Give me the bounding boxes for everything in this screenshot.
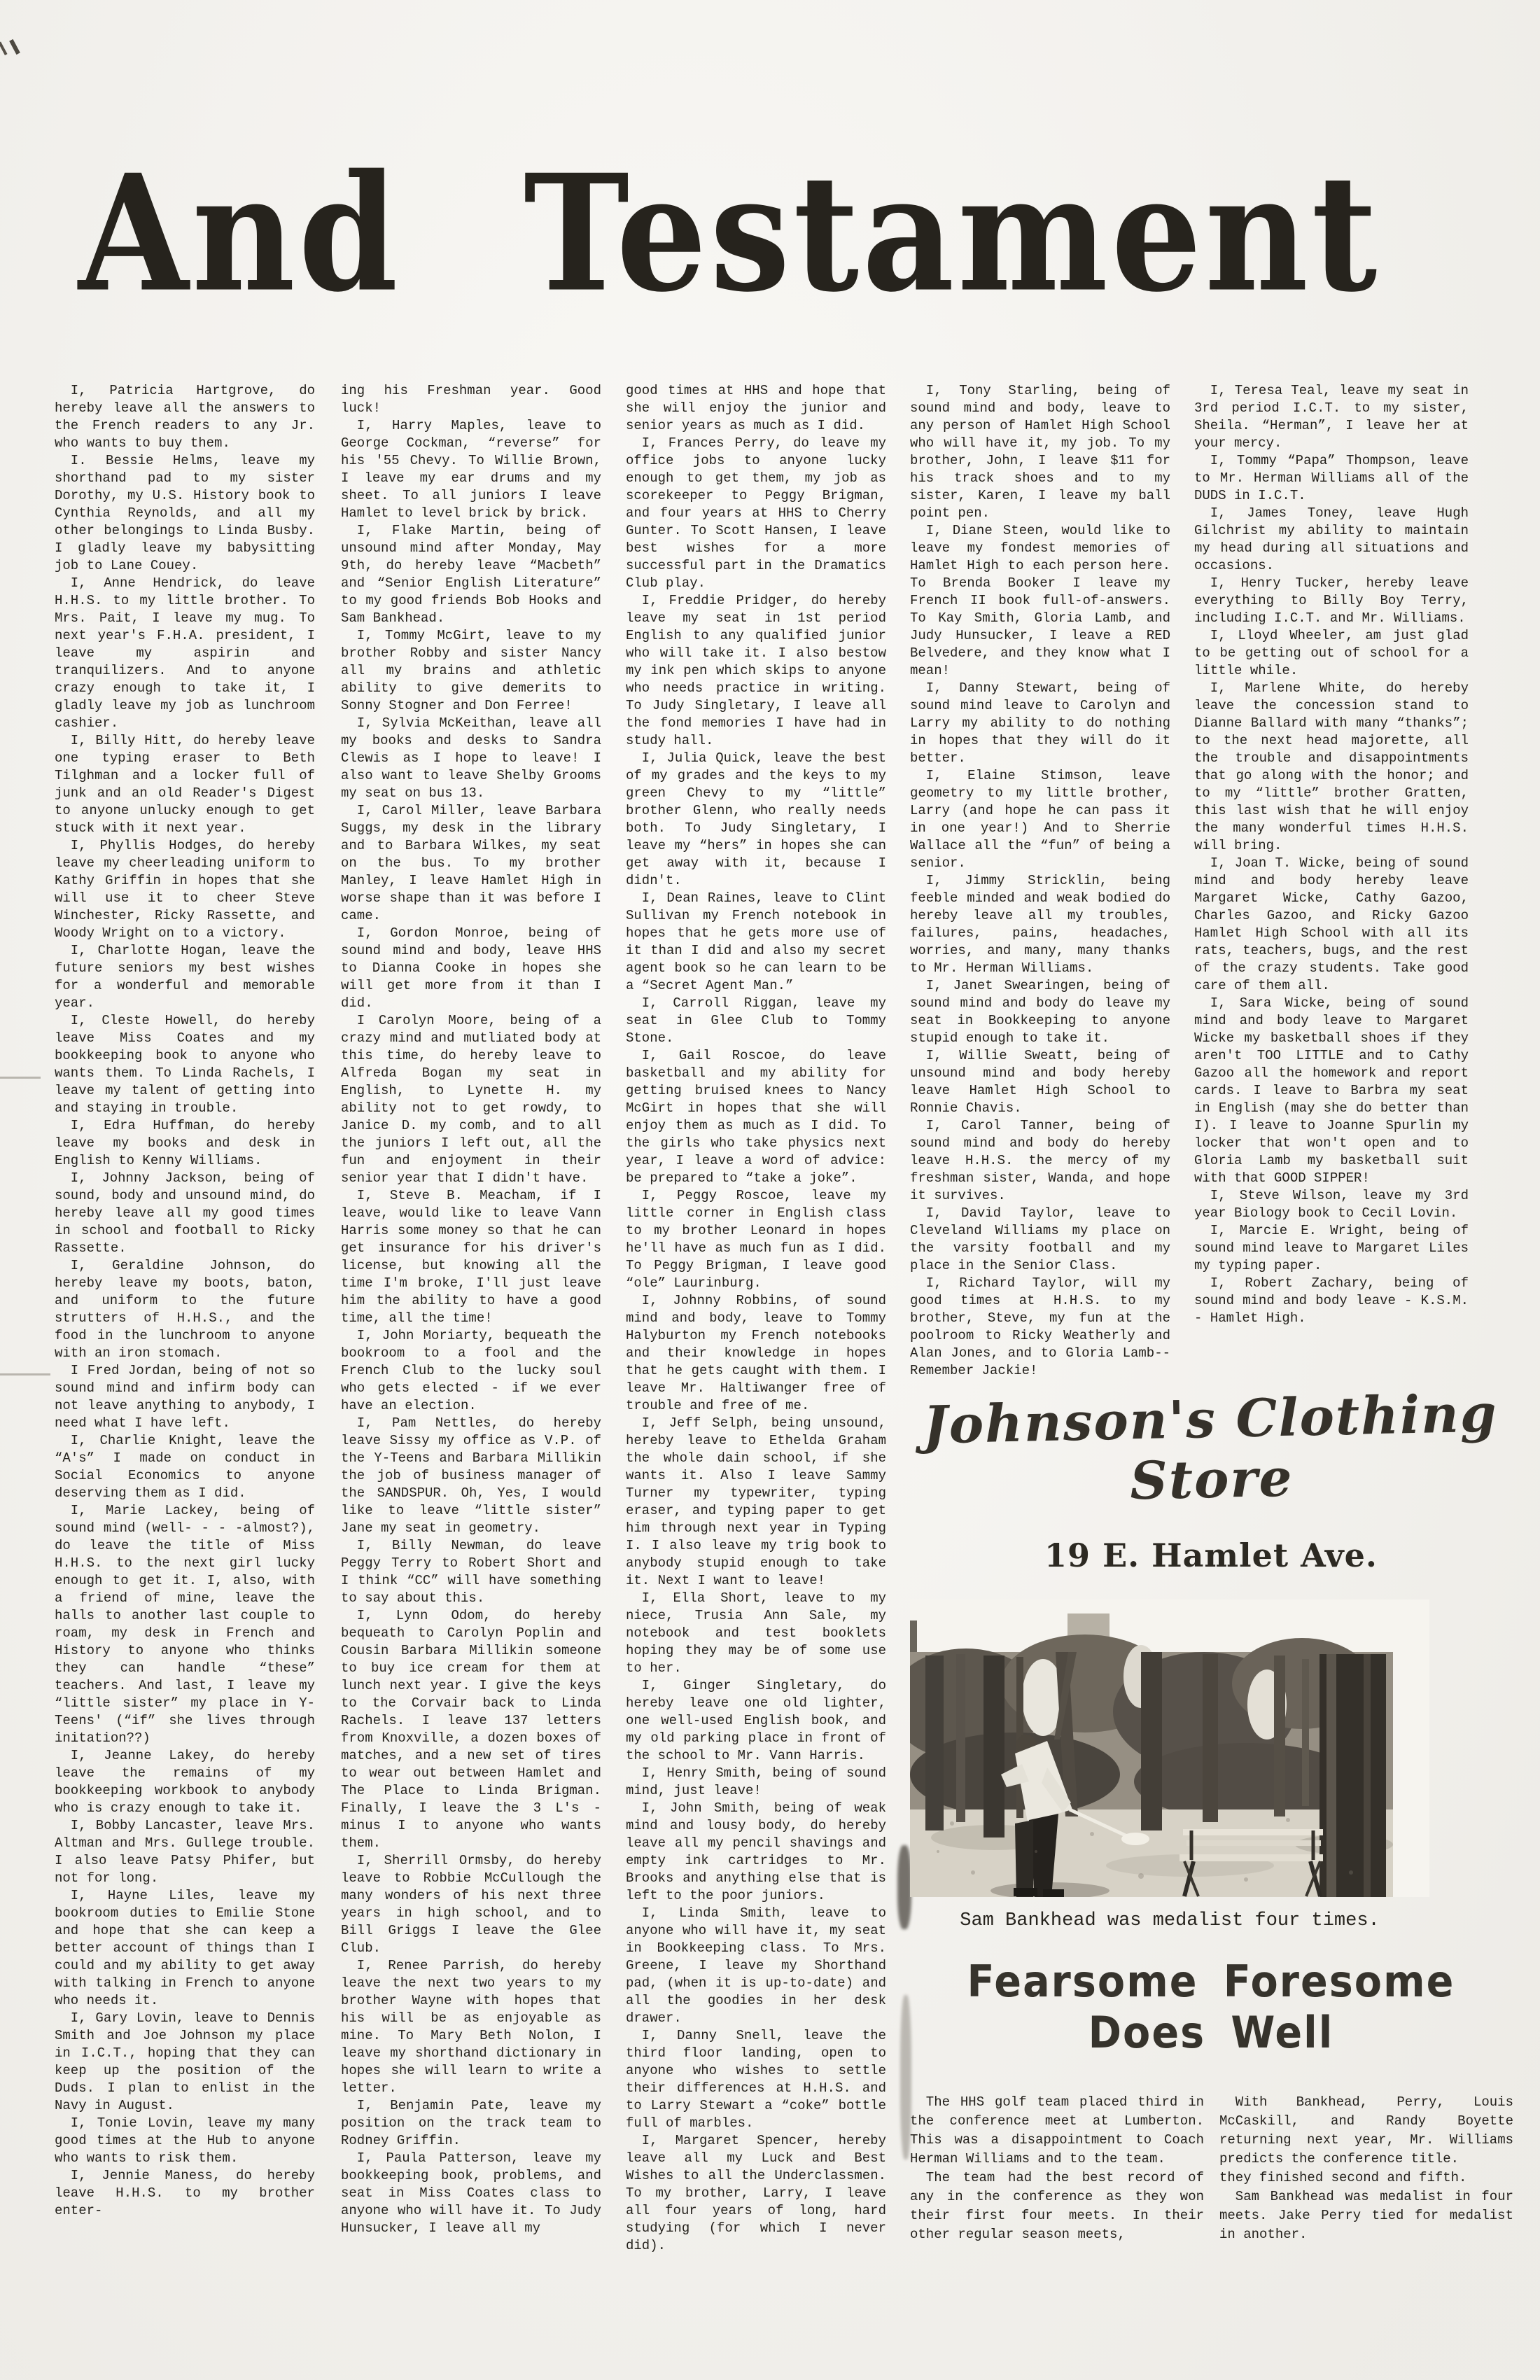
article-headline: Fearsome Foresome Does Well	[904, 1956, 1518, 2059]
will-paragraph: I, Hayne Liles, leave my bookroom duties…	[55, 1887, 315, 2010]
photo-image	[910, 1613, 1393, 1897]
will-paragraph: I, Sara Wicke, being of sound mind and b…	[1194, 995, 1469, 1187]
will-paragraph: I, Marlene White, do hereby leave the co…	[1194, 680, 1469, 855]
will-paragraph: I, Marie Lackey, being of sound mind (we…	[55, 1502, 315, 1747]
will-column-5: I, Teresa Teal, leave my seat in 3rd per…	[1194, 382, 1469, 1348]
will-paragraph: I, Pam Nettles, do hereby leave Sissy my…	[341, 1415, 601, 1537]
ad-store-address: 19 E. Hamlet Ave.	[910, 1536, 1512, 1574]
will-paragraph: I, Linda Smith, leave to anyone who will…	[626, 1905, 886, 2027]
will-paragraph: I, Charlotte Hogan, leave the future sen…	[55, 942, 315, 1012]
will-paragraph: I, Flake Martin, being of unsound mind a…	[341, 522, 601, 627]
will-paragraph: I, Renee Parrish, do hereby leave the ne…	[341, 1957, 601, 2097]
will-paragraph: I, David Taylor, leave to Cleveland Will…	[910, 1205, 1170, 1275]
will-column-2: ing his Freshman year. Good luck!I, Harr…	[341, 382, 601, 2335]
will-paragraph: I, Benjamin Pate, leave my position on t…	[341, 2097, 601, 2150]
will-paragraph: I, Steve Wilson, leave my 3rd year Biolo…	[1194, 1187, 1469, 1222]
will-paragraph: I, Teresa Teal, leave my seat in 3rd per…	[1194, 382, 1469, 452]
will-paragraph: I, Billy Newman, do leave Peggy Terry to…	[341, 1537, 601, 1607]
will-paragraph: I, Gail Roscoe, do leave basketball and …	[626, 1047, 886, 1187]
scan-artifact	[9, 39, 20, 55]
will-paragraph: ing his Freshman year. Good luck!	[341, 382, 601, 417]
will-paragraph: I, Tommy “Papa” Thompson, leave to Mr. H…	[1194, 452, 1469, 505]
will-paragraph: good times at HHS and hope that she will…	[626, 382, 886, 435]
will-paragraph: I, Danny Snell, leave the third floor la…	[626, 2027, 886, 2132]
will-paragraph: I, Richard Taylor, will my good times at…	[910, 1275, 1170, 1380]
article-paragraph: The team had the best record of any in t…	[910, 2169, 1204, 2244]
will-column-4: I, Tony Starling, being of sound mind an…	[910, 382, 1170, 1383]
will-column-3: good times at HHS and hope that she will…	[626, 382, 886, 2356]
article-paragraph: Sam Bankhead was medalist in four meets.…	[1219, 2187, 1513, 2244]
will-paragraph: I, Henry Smith, being of sound mind, jus…	[626, 1765, 886, 1800]
scan-scratch	[0, 1373, 50, 1375]
will-paragraph: I, Joan T. Wicke, being of sound mind an…	[1194, 855, 1469, 995]
will-paragraph: I. Bessie Helms, leave my shorthand pad …	[55, 452, 315, 575]
article-column-right: With Bankhead, Perry, Louis McCaskill, a…	[1219, 2093, 1513, 2244]
article-paragraph: With Bankhead, Perry, Louis McCaskill, a…	[1219, 2093, 1513, 2169]
newspaper-page: And Testament I, Patricia Hartgrove, do …	[0, 0, 1540, 2380]
will-paragraph: I, Tommy McGirt, leave to my brother Rob…	[341, 627, 601, 715]
will-paragraph: I, Tony Starling, being of sound mind an…	[910, 382, 1170, 522]
masthead-word-and: And	[78, 139, 401, 328]
will-paragraph: I, Paula Patterson, leave my bookkeeping…	[341, 2150, 601, 2237]
will-paragraph: I, John Smith, being of weak mind and lo…	[626, 1800, 886, 1905]
will-paragraph: I, Carol Tanner, being of sound mind and…	[910, 1117, 1170, 1205]
will-paragraph: I, Diane Steen, would like to leave my f…	[910, 522, 1170, 680]
will-paragraph: I, Frances Perry, do leave my office job…	[626, 435, 886, 592]
will-paragraph: I, Gordon Monroe, being of sound mind an…	[341, 925, 601, 1012]
will-column-1: I, Patricia Hartgrove, do hereby leave a…	[55, 382, 315, 2335]
will-paragraph: I, Bobby Lancaster, leave Mrs. Altman an…	[55, 1817, 315, 1887]
will-paragraph: I, Harry Maples, leave to George Cockman…	[341, 417, 601, 522]
scan-smudge	[897, 1845, 911, 1929]
will-paragraph: I, Dean Raines, leave to Clint Sullivan …	[626, 890, 886, 995]
will-paragraph: I, Cleste Howell, do hereby leave Miss C…	[55, 1012, 315, 1117]
will-paragraph: I, John Moriarty, bequeath the bookroom …	[341, 1327, 601, 1415]
will-paragraph: I, Jennie Maness, do hereby leave H.H.S.…	[55, 2167, 315, 2220]
will-paragraph: I, Carroll Riggan, leave my seat in Glee…	[626, 995, 886, 1047]
will-paragraph: I, Johnny Jackson, being of sound, body …	[55, 1170, 315, 1257]
will-paragraph: I, Julia Quick, leave the best of my gra…	[626, 750, 886, 890]
will-paragraph: I, Billy Hitt, do hereby leave one typin…	[55, 732, 315, 837]
article-paragraph: The HHS golf team placed third in the co…	[910, 2093, 1204, 2169]
ad-store-name: Johnson's Clothing Store	[909, 1383, 1513, 1516]
will-paragraph: I, Tonie Lovin, leave my many good times…	[55, 2115, 315, 2167]
will-paragraph: I, Patricia Hartgrove, do hereby leave a…	[55, 382, 315, 452]
will-paragraph: I, Lynn Odom, do hereby bequeath to Caro…	[341, 1607, 601, 1852]
masthead-word-testament: Testament	[524, 139, 1380, 328]
will-paragraph: I, Elaine Stimson, leave geometry to my …	[910, 767, 1170, 872]
will-paragraph: I, Marcie E. Wright, being of sound mind…	[1194, 1222, 1469, 1275]
will-paragraph: I Carolyn Moore, being of a crazy mind a…	[341, 1012, 601, 1187]
ad-johnsons-clothing-store: Johnson's Clothing Store 19 E. Hamlet Av…	[910, 1389, 1512, 1574]
will-paragraph: I, Sherrill Ormsby, do hereby leave to R…	[341, 1852, 601, 1957]
will-paragraph: I, Jeff Selph, being unsound, hereby lea…	[626, 1415, 886, 1590]
will-paragraph: I Fred Jordan, being of not so sound min…	[55, 1362, 315, 1432]
will-paragraph: I, Phyllis Hodges, do hereby leave my ch…	[55, 837, 315, 942]
golfer-photo	[910, 1599, 1429, 1897]
will-paragraph: I, Willie Sweatt, being of unsound mind …	[910, 1047, 1170, 1117]
will-paragraph: I, Peggy Roscoe, leave my little corner …	[626, 1187, 886, 1292]
will-paragraph: I, Jeanne Lakey, do hereby leave the rem…	[55, 1747, 315, 1817]
will-paragraph: I, Anne Hendrick, do leave H.H.S. to my …	[55, 575, 315, 732]
article-paragraph: they finished second and fifth.	[1219, 2169, 1513, 2187]
will-paragraph: I, Geraldine Johnson, do hereby leave my…	[55, 1257, 315, 1362]
will-paragraph: I, Sylvia McKeithan, leave all my books …	[341, 715, 601, 802]
will-paragraph: I, Janet Swearingen, being of sound mind…	[910, 977, 1170, 1047]
will-paragraph: I, Steve B. Meacham, if I leave, would l…	[341, 1187, 601, 1327]
will-paragraph: I, Robert Zachary, being of sound mind a…	[1194, 1275, 1469, 1327]
will-paragraph: I, Lloyd Wheeler, am just glad to be get…	[1194, 627, 1469, 680]
will-paragraph: I, Margaret Spencer, hereby leave all my…	[626, 2132, 886, 2255]
will-paragraph: I, Carol Miller, leave Barbara Suggs, my…	[341, 802, 601, 925]
will-paragraph: I, Gary Lovin, leave to Dennis Smith and…	[55, 2010, 315, 2115]
will-paragraph: I, Henry Tucker, hereby leave everything…	[1194, 575, 1469, 627]
will-paragraph: I, Ginger Singletary, do hereby leave on…	[626, 1677, 886, 1765]
will-paragraph: I, Ella Short, leave to my niece, Trusia…	[626, 1590, 886, 1677]
will-paragraph: I, Jimmy Stricklin, being feeble minded …	[910, 872, 1170, 977]
scan-scratch	[0, 1077, 41, 1079]
will-paragraph: I, Danny Stewart, being of sound mind le…	[910, 680, 1170, 767]
will-paragraph: I, Charlie Knight, leave the “A's” I mad…	[55, 1432, 315, 1502]
will-paragraph: I, Edra Huffman, do hereby leave my book…	[55, 1117, 315, 1170]
will-paragraph: I, Freddie Pridger, do hereby leave my s…	[626, 592, 886, 750]
photo-caption: Sam Bankhead was medalist four times.	[910, 1910, 1429, 1932]
will-paragraph: I, Johnny Robbins, of sound mind and bod…	[626, 1292, 886, 1415]
will-paragraph: I, James Toney, leave Hugh Gilchrist my …	[1194, 505, 1469, 575]
article-column-left: The HHS golf team placed third in the co…	[910, 2093, 1204, 2244]
